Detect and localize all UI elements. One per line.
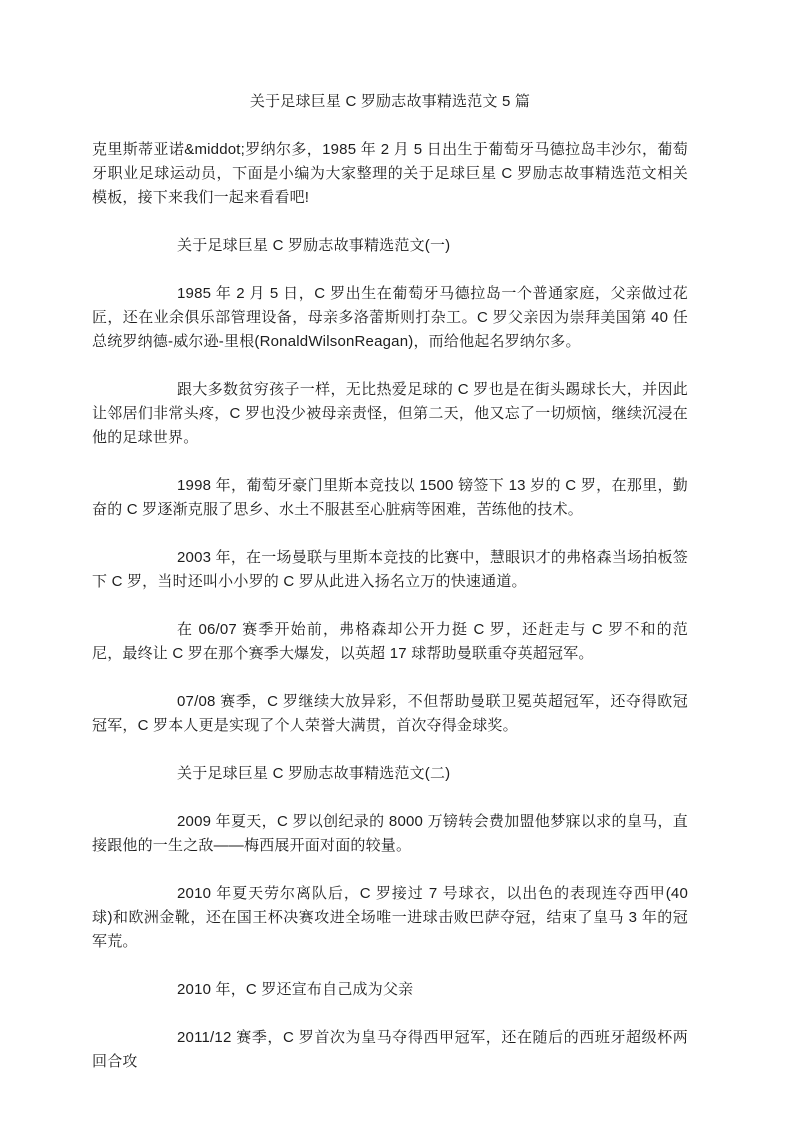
paragraph-1998-sporting: 1998 年，葡萄牙豪门里斯本竞技以 1500 镑签下 13 岁的 C 罗，在那… [92,474,688,522]
paragraph-1985-birth: 1985 年 2 月 5 日，C 罗出生在葡萄牙马德拉岛一个普通家庭，父亲做过花… [92,282,688,354]
paragraph-intro: 克里斯蒂亚诺&middot;罗纳尔多，1985 年 2 月 5 日出生于葡萄牙马… [92,138,688,210]
page-title: 关于足球巨星 C 罗励志故事精选范文 5 篇 [92,90,688,114]
paragraph-street-football: 跟大多数贫穷孩子一样，无比热爱足球的 C 罗也是在街头踢球长大，并因此让邻居们非… [92,378,688,450]
section-heading-2: 关于足球巨星 C 罗励志故事精选范文(二) [92,762,688,786]
paragraph-2010-number7: 2010 年夏天劳尔离队后，C 罗接过 7 号球衣，以出色的表现连夺西甲(40 … [92,882,688,954]
paragraph-2009-realmadrid: 2009 年夏天，C 罗以创纪录的 8000 万镑转会费加盟他梦寐以求的皇马，直… [92,810,688,858]
document-page: 关于足球巨星 C 罗励志故事精选范文 5 篇 克里斯蒂亚诺&middot;罗纳尔… [92,90,688,1074]
paragraph-0607-season: 在 06/07 赛季开始前，弗格森却公开力挺 C 罗，还赶走与 C 罗不和的范尼… [92,618,688,666]
paragraph-2003-manutd: 2003 年，在一场曼联与里斯本竞技的比赛中，慧眼识才的弗格森当场拍板签下 C … [92,546,688,594]
section-heading-1: 关于足球巨星 C 罗励志故事精选范文(一) [92,234,688,258]
paragraph-2010-father: 2010 年，C 罗还宣布自己成为父亲 [92,978,688,1002]
paragraph-201112-season: 2011/12 赛季，C 罗首次为皇马夺得西甲冠军，还在随后的西班牙超级杯两回合… [92,1026,688,1074]
paragraph-0708-season: 07/08 赛季，C 罗继续大放异彩，不但帮助曼联卫冕英超冠军，还夺得欧冠冠军，… [92,690,688,738]
